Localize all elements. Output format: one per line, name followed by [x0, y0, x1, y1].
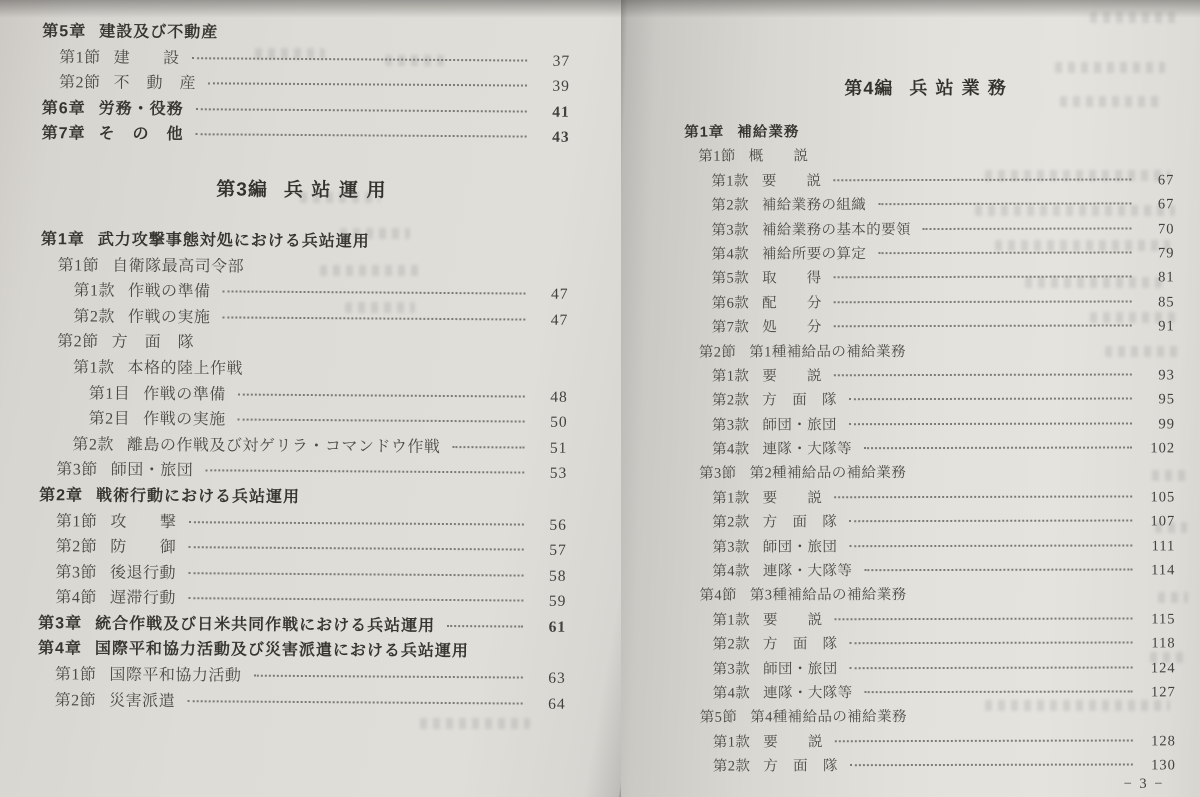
entry-page-number: 102 [1141, 440, 1175, 457]
entry-label: 第1章 [41, 226, 85, 249]
toc-entry: 第2節不 動 産39 [42, 69, 570, 98]
entry-label: 第2節 [59, 69, 101, 92]
dot-leader [834, 325, 1132, 328]
entry-page-number: 39 [536, 78, 570, 96]
entry-title: 作戦の準備 [128, 278, 211, 302]
dot-leader [878, 251, 1131, 254]
entry-title: 不 動 産 [113, 70, 196, 94]
toc-entry: 第4款連隊・大隊等127 [686, 680, 1176, 706]
left-page-toc: 第5章建設及び不動産第1節建 設37第2節不 動 産39第6章労務・役務41第7… [38, 18, 571, 716]
toc-entry: 第2目作戦の実施50 [40, 405, 568, 434]
entry-page-number: 91 [1141, 318, 1175, 335]
dot-leader [849, 520, 1132, 523]
toc-entry: 第4章国際平和協力活動及び災害派遣における兵站運用 [38, 636, 566, 665]
entry-page-number: 47 [534, 286, 568, 304]
entry-label: 第2節 [699, 340, 737, 361]
toc-entry: 第2章戦術行動における兵站運用 [39, 482, 567, 511]
entry-page-number: 124 [1142, 660, 1176, 677]
dot-leader [238, 419, 525, 423]
entry-label: 第3款 [712, 535, 750, 556]
entry-title: 連隊・大隊等 [763, 681, 852, 702]
entry-label: 第2款 [712, 511, 750, 532]
dot-leader [188, 597, 523, 601]
entry-page-number: 63 [532, 670, 566, 688]
toc-entry: 第1節建 設37 [42, 44, 570, 73]
part-title: 兵站業務 [909, 78, 1013, 98]
part-label: 第4編 [844, 78, 893, 98]
entry-title: 連隊・大隊等 [763, 559, 852, 580]
dot-leader [205, 470, 524, 474]
dot-leader [188, 546, 523, 550]
entry-title: そ の 他 [98, 121, 183, 145]
entry-label: 第1目 [89, 380, 131, 403]
entry-title: 師団・旅団 [763, 535, 838, 556]
entry-label: 第6款 [712, 291, 750, 312]
entry-label: 第1章 [684, 121, 724, 142]
entry-title: 作戦の実施 [128, 304, 211, 328]
entry-title: 離島の作戦及び対ゲリラ・コマンドウ作戦 [127, 431, 441, 456]
dot-leader [188, 521, 523, 525]
entry-label: 第4節 [55, 585, 97, 608]
toc-entry: 第2款補給業務の組織67 [684, 193, 1174, 219]
dot-leader [850, 642, 1133, 645]
toc-entry: 第4節遅滞行動59 [38, 584, 566, 613]
entry-label: 第3章 [38, 610, 82, 633]
entry-title: 方 面 隊 [763, 754, 838, 775]
entry-label: 第1款 [712, 364, 750, 385]
toc-entry: 第2款方 面 隊95 [685, 388, 1175, 414]
dot-leader [834, 300, 1132, 303]
entry-title: 要 説 [762, 364, 822, 385]
entry-page-number: 111 [1141, 538, 1175, 555]
entry-page-number: 43 [536, 129, 570, 147]
part-heading: 第3編兵站運用 [41, 174, 569, 208]
entry-label: 第1節 [56, 508, 98, 531]
toc-entry: 第1節国際平和協力活動63 [38, 661, 566, 690]
entry-label: 第2節 [55, 687, 97, 710]
entry-label: 第1款 [73, 278, 115, 301]
entry-title: 防 御 [110, 534, 176, 557]
dot-leader [253, 675, 522, 679]
entry-title: 武力攻撃事態対処における兵站運用 [98, 227, 370, 252]
entry-label: 第2款 [711, 194, 749, 215]
entry-label: 第2節 [56, 533, 98, 556]
entry-title: 国際平和協力活動 [109, 662, 241, 686]
entry-title: 方 面 隊 [762, 389, 837, 410]
entry-page-number: 85 [1141, 294, 1175, 311]
entry-label: 第2章 [39, 482, 83, 505]
dot-leader [187, 700, 522, 704]
entry-title: 戦術行動における兵站運用 [96, 482, 300, 506]
entry-label: 第3節 [56, 457, 98, 480]
entry-title: 取 得 [762, 267, 822, 288]
dot-leader [188, 572, 523, 576]
entry-title: 概 説 [749, 145, 809, 166]
entry-label: 第3節 [55, 559, 97, 582]
entry-page-number: 127 [1142, 684, 1176, 701]
entry-page-number: 56 [533, 516, 567, 534]
entry-title: 要 説 [762, 169, 822, 190]
toc-entry: 第3款師団・旅団124 [686, 656, 1176, 682]
entry-title: 作戦の実施 [143, 406, 226, 430]
entry-page-number: 107 [1141, 514, 1175, 531]
dot-leader [849, 544, 1132, 547]
entry-page-number: 64 [532, 695, 566, 713]
entry-title: 要 説 [763, 608, 823, 629]
entry-title: 方 面 隊 [763, 632, 838, 653]
entry-title: 方 面 隊 [112, 329, 195, 353]
toc-entry: 第2款方 面 隊130 [686, 754, 1176, 780]
entry-label: 第5節 [700, 706, 738, 727]
toc-entry: 第3節後退行動58 [38, 559, 566, 588]
dot-leader [878, 203, 1131, 206]
entry-page-number: 41 [536, 103, 570, 121]
entry-page-number: 114 [1141, 562, 1175, 579]
entry-page-number: 130 [1142, 758, 1176, 775]
book-photo: 第5章建設及び不動産第1節建 設37第2節不 動 産39第6章労務・役務41第7… [0, 0, 1200, 797]
toc-entry: 第2款離島の作戦及び対ゲリラ・コマンドウ作戦51 [39, 431, 567, 460]
entry-label: 第5款 [712, 267, 750, 288]
entry-label: 第2目 [89, 406, 131, 429]
entry-page-number: 47 [534, 311, 568, 329]
toc-entry: 第3款師団・旅団111 [685, 534, 1175, 560]
entry-title: 補給業務の組織 [762, 193, 866, 214]
entry-title: 自衛隊最高司令部 [112, 252, 244, 276]
toc-entry: 第1款要 説115 [685, 607, 1175, 633]
part-label: 第3編 [216, 179, 268, 200]
entry-label: 第1款 [73, 354, 115, 377]
dot-leader [238, 393, 525, 397]
toc-entry: 第7款処 分91 [685, 314, 1175, 340]
entry-label: 第4款 [713, 681, 751, 702]
toc-entry: 第2節方 面 隊 [40, 329, 568, 358]
entry-label: 第4款 [712, 438, 750, 459]
dot-leader [834, 373, 1132, 376]
dot-leader [849, 398, 1132, 401]
toc-entry: 第5章建設及び不動産 [42, 18, 570, 47]
dot-leader [223, 291, 526, 295]
toc-entry: 第1款要 説67 [684, 168, 1174, 194]
toc-entry: 第4款連隊・大隊等114 [685, 558, 1175, 584]
toc-entry: 第1目作戦の準備48 [40, 380, 568, 409]
toc-entry: 第4節第3種補給品の補給業務 [685, 583, 1175, 609]
entry-page-number: 67 [1140, 172, 1174, 189]
entry-page-number: 95 [1141, 392, 1175, 409]
dot-leader [196, 134, 527, 138]
entry-page-number: 115 [1141, 611, 1175, 628]
toc-entry: 第6款配 分85 [685, 290, 1175, 316]
entry-title: 配 分 [762, 291, 822, 312]
dot-leader [447, 625, 523, 628]
right-page-toc: 第4編兵站業務第1章補給業務第1節概 説第1款要 説67第2款補給業務の組織67… [684, 73, 1176, 779]
entry-page-number: 99 [1141, 416, 1175, 433]
entry-label: 第2款 [713, 633, 751, 654]
entry-page-number: 79 [1141, 245, 1175, 262]
entry-page-number: 59 [532, 593, 566, 611]
entry-label: 第2款 [73, 303, 115, 326]
toc-entry: 第2節防 御57 [39, 533, 567, 562]
entry-label: 第2款 [712, 389, 750, 410]
toc-entry: 第1章補給業務 [684, 119, 1174, 145]
entry-page-number: 61 [532, 618, 566, 636]
entry-label: 第1款 [713, 730, 751, 751]
entry-title: 本格的陸上作戦 [127, 355, 243, 379]
entry-page-number: 53 [533, 465, 567, 483]
toc-entry: 第5款取 得81 [685, 266, 1175, 292]
dot-leader [208, 83, 527, 87]
toc-entry: 第1款作戦の準備47 [40, 277, 568, 306]
dot-leader [923, 227, 1132, 230]
dot-leader [835, 617, 1133, 620]
entry-label: 第4款 [712, 560, 750, 581]
entry-label: 第4款 [712, 242, 750, 263]
dot-leader [865, 690, 1133, 693]
entry-title: 師団・旅団 [762, 413, 837, 434]
entry-label: 第7款 [712, 316, 750, 337]
toc-entry: 第2節災害派遣64 [38, 687, 566, 716]
entry-title: 第2種補給品の補給業務 [750, 462, 907, 483]
toc-entry: 第3款師団・旅団99 [685, 412, 1175, 438]
page-number-footer: − 3 − [1104, 776, 1184, 793]
toc-entry: 第3章統合作戦及び日米共同作戦における兵站運用61 [38, 610, 566, 639]
entry-label: 第5章 [42, 18, 86, 41]
entry-label: 第3款 [711, 218, 749, 239]
toc-entry: 第1節概 説 [684, 144, 1174, 170]
entry-title: 第4種補給品の補給業務 [750, 705, 907, 726]
entry-title: 要 説 [763, 730, 823, 751]
toc-entry: 第3節師団・旅団53 [39, 456, 567, 485]
entry-page-number: 57 [533, 542, 567, 560]
entry-title: 後退行動 [110, 559, 176, 582]
entry-title: 災害派遣 [109, 687, 175, 710]
dot-leader [835, 739, 1133, 742]
entry-title: 師団・旅団 [763, 657, 838, 678]
dot-leader [196, 108, 527, 112]
toc-entry: 第1節攻 撃56 [39, 508, 567, 537]
entry-page-number: 67 [1140, 197, 1174, 214]
left-page: 第5章建設及び不動産第1節建 設37第2節不 動 産39第6章労務・役務41第7… [0, 0, 621, 797]
part-heading: 第4編兵站業務 [684, 73, 1174, 102]
entry-page-number: 70 [1140, 221, 1174, 238]
entry-title: 遅滞行動 [110, 585, 176, 608]
entry-label: 第4節 [699, 584, 737, 605]
entry-title: 建設及び不動産 [99, 19, 218, 43]
entry-title: 作戦の準備 [143, 380, 226, 404]
toc-entry: 第1節自衛隊最高司令部 [41, 252, 569, 281]
toc-entry: 第7章そ の 他43 [42, 121, 570, 150]
entry-title: 師団・旅団 [111, 457, 194, 481]
entry-title: 国際平和協力活動及び災害派遣における兵站運用 [95, 636, 469, 662]
entry-title: 方 面 隊 [763, 510, 838, 531]
entry-label: 第1款 [712, 486, 750, 507]
entry-label: 第1節 [59, 44, 101, 67]
entry-label: 第3節 [699, 462, 737, 483]
toc-entry: 第2款方 面 隊107 [685, 510, 1175, 536]
entry-label: 第2款 [72, 431, 114, 454]
entry-label: 第1款 [712, 608, 750, 629]
dot-leader [222, 316, 525, 320]
entry-title: 処 分 [762, 315, 822, 336]
toc-entry: 第1款要 説128 [686, 729, 1176, 755]
toc-entry: 第2款方 面 隊118 [686, 632, 1176, 658]
entry-label: 第1節 [58, 252, 100, 275]
dot-leader [192, 57, 527, 61]
toc-entry: 第5節第4種補給品の補給業務 [686, 705, 1176, 731]
toc-entry: 第6章労務・役務41 [42, 95, 570, 124]
entry-title: 補給業務の基本的要領 [762, 218, 911, 239]
dot-leader [864, 447, 1132, 450]
dot-leader [849, 422, 1132, 425]
toc-entry: 第1章武力攻撃事態対処における兵站運用 [41, 226, 569, 255]
toc-entry: 第3節第2種補給品の補給業務 [685, 461, 1175, 487]
dot-leader [833, 178, 1131, 181]
toc-entry: 第1款要 説93 [685, 363, 1175, 389]
entry-page-number: 50 [534, 414, 568, 432]
entry-label: 第4章 [38, 636, 82, 659]
entry-title: 第3種補給品の補給業務 [750, 583, 907, 604]
entry-label: 第3款 [712, 413, 750, 434]
entry-label: 第2節 [57, 329, 99, 352]
part-title: 兵站運用 [284, 180, 394, 202]
entry-label: 第7章 [42, 121, 86, 144]
dot-leader [834, 495, 1132, 498]
entry-page-number: 128 [1142, 733, 1176, 750]
entry-page-number: 51 [533, 439, 567, 457]
entry-title: 建 設 [114, 44, 180, 67]
entry-title: 補給所要の算定 [762, 242, 866, 263]
entry-label: 第6章 [42, 95, 86, 118]
entry-page-number: 118 [1142, 636, 1176, 653]
entry-label: 第3款 [713, 657, 751, 678]
toc-entry: 第4款連隊・大隊等102 [685, 436, 1175, 462]
toc-entry: 第1款要 説105 [685, 485, 1175, 511]
dot-leader [850, 666, 1133, 669]
entry-title: 労務・役務 [99, 95, 184, 119]
entry-title: 統合作戦及び日米共同作戦における兵站運用 [95, 610, 435, 635]
toc-entry: 第2節第1種補給品の補給業務 [685, 339, 1175, 365]
entry-label: 第1款 [711, 169, 749, 190]
entry-page-number: 105 [1141, 489, 1175, 506]
entry-page-number: 81 [1141, 270, 1175, 287]
entry-label: 第1節 [698, 145, 736, 166]
entry-label: 第2款 [713, 755, 751, 776]
entry-page-number: 93 [1141, 367, 1175, 384]
toc-entry: 第2款作戦の実施47 [40, 303, 568, 332]
dot-leader [452, 446, 524, 449]
dot-leader [864, 569, 1132, 572]
entry-title: 連隊・大隊等 [762, 437, 851, 458]
toc-entry: 第3款補給業務の基本的要領70 [684, 217, 1174, 243]
dot-leader [850, 764, 1133, 767]
entry-page-number: 37 [536, 52, 570, 70]
toc-entry: 第1款本格的陸上作戦 [40, 354, 568, 383]
dot-leader [834, 276, 1132, 279]
entry-label: 第1節 [55, 661, 97, 684]
entry-page-number: 58 [532, 567, 566, 585]
entry-title: 第1種補給品の補給業務 [749, 340, 906, 361]
toc-entry: 第4款補給所要の算定79 [685, 241, 1175, 267]
entry-title: 要 説 [763, 486, 823, 507]
entry-title: 補給業務 [737, 120, 799, 141]
entry-page-number: 48 [534, 388, 568, 406]
entry-title: 攻 撃 [110, 508, 176, 531]
